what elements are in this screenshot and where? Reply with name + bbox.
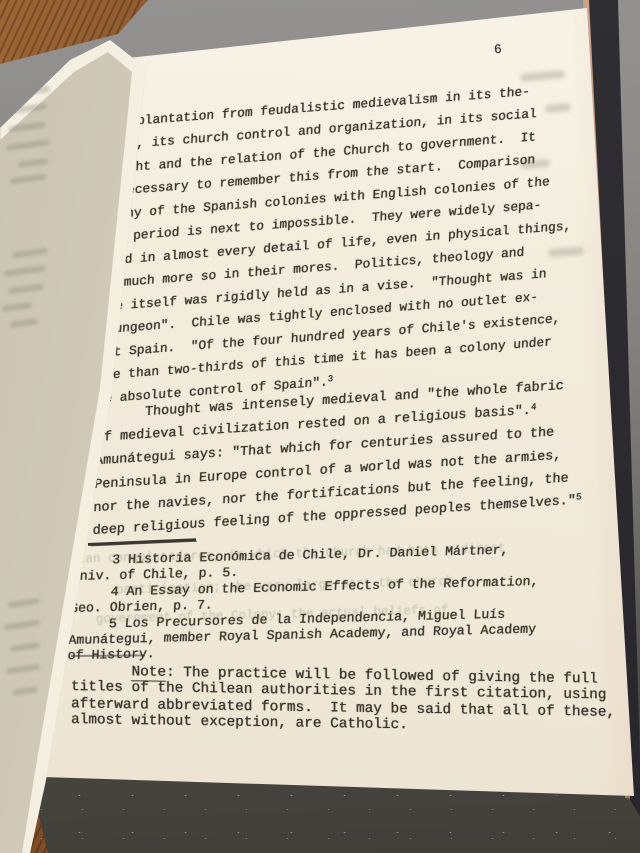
footnote-reference: 3 (328, 374, 334, 384)
showthrough-smudge (8, 598, 41, 608)
body-paragraph-2: Thought was intensely medieval and "the … (92, 373, 586, 543)
showthrough-smudge (6, 664, 41, 675)
showthrough-smudge (4, 620, 40, 631)
showthrough-smudge (8, 284, 44, 295)
note-block: Note: The practice will be followed of g… (71, 663, 615, 737)
showthrough-smudge (12, 686, 39, 696)
showthrough-smudge (6, 139, 50, 151)
body-paragraph-1: transplantation from feudalistic medieva… (88, 76, 576, 413)
showthrough-smudge (4, 265, 46, 277)
text-segment (71, 663, 131, 680)
footnote-reference: 5 (576, 491, 582, 502)
page-number: 6 (493, 42, 502, 58)
text-segment: Note (131, 664, 166, 682)
footnote-reference: 4 (531, 401, 537, 412)
showthrough-smudge (10, 174, 46, 185)
showthrough-smudge (18, 158, 49, 168)
showthrough-smudge (2, 302, 33, 312)
showthrough-smudge (10, 642, 41, 652)
showthrough-smudge (12, 248, 48, 259)
footnotes: 3 Historia Económica de Chile, Dr. Danie… (67, 542, 540, 665)
showthrough-smudge (10, 318, 39, 328)
photo-of-typewritten-page: 6 ian conquistadores, in which the churc… (0, 0, 640, 853)
